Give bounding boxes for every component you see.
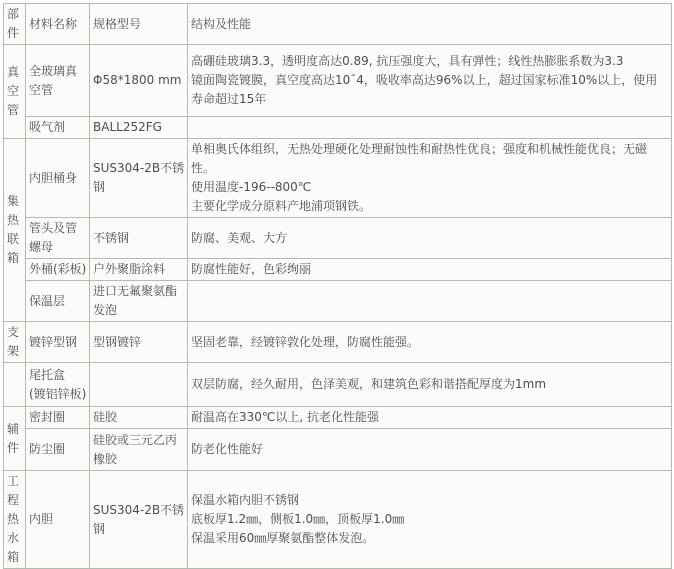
material-cell: 镀锌型钢 bbox=[26, 322, 90, 363]
material-cell: 吸气剂 bbox=[26, 117, 90, 139]
table-row: 真空管 全玻璃真空管 Φ58*1800 mm 高硼硅玻璃3.3，透明度高达0.8… bbox=[4, 45, 672, 117]
performance-cell bbox=[188, 117, 672, 139]
table-row: 保温层 进口无氟聚氨酯发泡 bbox=[4, 281, 672, 322]
performance-cell: 防腐性能好，色彩绚丽 bbox=[188, 259, 672, 281]
header-row: 部件 材料名称 规格型号 结构及性能 bbox=[4, 4, 672, 45]
material-cell: 管头及管螺母 bbox=[26, 218, 90, 259]
col-header-performance: 结构及性能 bbox=[188, 4, 672, 45]
material-cell: 保温层 bbox=[26, 281, 90, 322]
section-cell-collector-manifold: 集热联箱 bbox=[4, 139, 26, 322]
spec-cell: SUS304-2B不锈钢 bbox=[90, 139, 188, 218]
performance-cell: 防腐、美观、大方 bbox=[188, 218, 672, 259]
table-row: 工程热水箱 内胆 SUS304-2B不锈钢 保温水箱内胆不锈钢 底板厚1.2㎜，… bbox=[4, 471, 672, 569]
material-cell: 内胆桶身 bbox=[26, 139, 90, 218]
material-cell: 外桶(彩板) bbox=[26, 259, 90, 281]
performance-cell: 高硼硅玻璃3.3，透明度高达0.89, 抗压强度大，具有弹性；线性热膨胀系数为3… bbox=[188, 45, 672, 117]
table-row: 外桶(彩板) 户外聚脂涂料 防腐性能好，色彩绚丽 bbox=[4, 259, 672, 281]
section-cell-accessories: 辅件 bbox=[4, 407, 26, 471]
section-cell-project-water-tank: 工程热水箱 bbox=[4, 471, 26, 569]
spec-cell: 硅胶 bbox=[90, 407, 188, 429]
spec-cell bbox=[90, 363, 188, 407]
col-header-part: 部件 bbox=[4, 4, 26, 45]
table-row: 尾托盒 (镀铝锌板) 双层防腐，经久耐用，色泽美观，和建筑色彩和谐搭配厚度为1m… bbox=[4, 363, 672, 407]
spec-cell: 户外聚脂涂料 bbox=[90, 259, 188, 281]
spec-table: 部件 材料名称 规格型号 结构及性能 真空管 全玻璃真空管 Φ58*1800 m… bbox=[3, 3, 672, 569]
performance-cell: 保温水箱内胆不锈钢 底板厚1.2㎜，侧板1.0㎜，顶板厚1.0㎜ 保温采用60㎜… bbox=[188, 471, 672, 569]
performance-cell: 坚固老靠，经镀锌敦化处理，防腐性能强。 bbox=[188, 322, 672, 363]
col-header-material: 材料名称 bbox=[26, 4, 90, 45]
spec-cell: 进口无氟聚氨酯发泡 bbox=[90, 281, 188, 322]
section-cell-bracket: 支架 bbox=[4, 322, 26, 363]
performance-cell bbox=[188, 281, 672, 322]
spec-cell: SUS304-2B不锈钢 bbox=[90, 471, 188, 569]
performance-cell: 防老化性能好 bbox=[188, 429, 672, 471]
spec-cell: 不锈钢 bbox=[90, 218, 188, 259]
section-cell-vacuum-tube: 真空管 bbox=[4, 45, 26, 139]
table-row: 支架 镀锌型钢 型钢镀锌 坚固老靠，经镀锌敦化处理，防腐性能强。 bbox=[4, 322, 672, 363]
spec-cell: 硅胶或三元乙丙橡胶 bbox=[90, 429, 188, 471]
material-cell: 内胆 bbox=[26, 471, 90, 569]
spec-cell: 型钢镀锌 bbox=[90, 322, 188, 363]
performance-cell: 双层防腐，经久耐用，色泽美观，和建筑色彩和谐搭配厚度为1mm bbox=[188, 363, 672, 407]
material-cell: 全玻璃真空管 bbox=[26, 45, 90, 117]
performance-cell: 耐温高在330℃以上, 抗老化性能强 bbox=[188, 407, 672, 429]
page: 部件 材料名称 规格型号 结构及性能 真空管 全玻璃真空管 Φ58*1800 m… bbox=[0, 0, 674, 525]
section-cell-empty bbox=[4, 363, 26, 407]
performance-cell: 单相奥氏体组织，无热处理硬化处理耐蚀性和耐热性优良；强度和机械性能优良；无磁性。… bbox=[188, 139, 672, 218]
table-row: 吸气剂 BALL252FG bbox=[4, 117, 672, 139]
spec-cell: Φ58*1800 mm bbox=[90, 45, 188, 117]
col-header-spec: 规格型号 bbox=[90, 4, 188, 45]
material-cell: 防尘圈 bbox=[26, 429, 90, 471]
table-row: 管头及管螺母 不锈钢 防腐、美观、大方 bbox=[4, 218, 672, 259]
material-cell: 尾托盒 (镀铝锌板) bbox=[26, 363, 90, 407]
spec-cell: BALL252FG bbox=[90, 117, 188, 139]
table-row: 集热联箱 内胆桶身 SUS304-2B不锈钢 单相奥氏体组织，无热处理硬化处理耐… bbox=[4, 139, 672, 218]
material-cell: 密封圈 bbox=[26, 407, 90, 429]
table-row: 辅件 密封圈 硅胶 耐温高在330℃以上, 抗老化性能强 bbox=[4, 407, 672, 429]
table-row: 防尘圈 硅胶或三元乙丙橡胶 防老化性能好 bbox=[4, 429, 672, 471]
